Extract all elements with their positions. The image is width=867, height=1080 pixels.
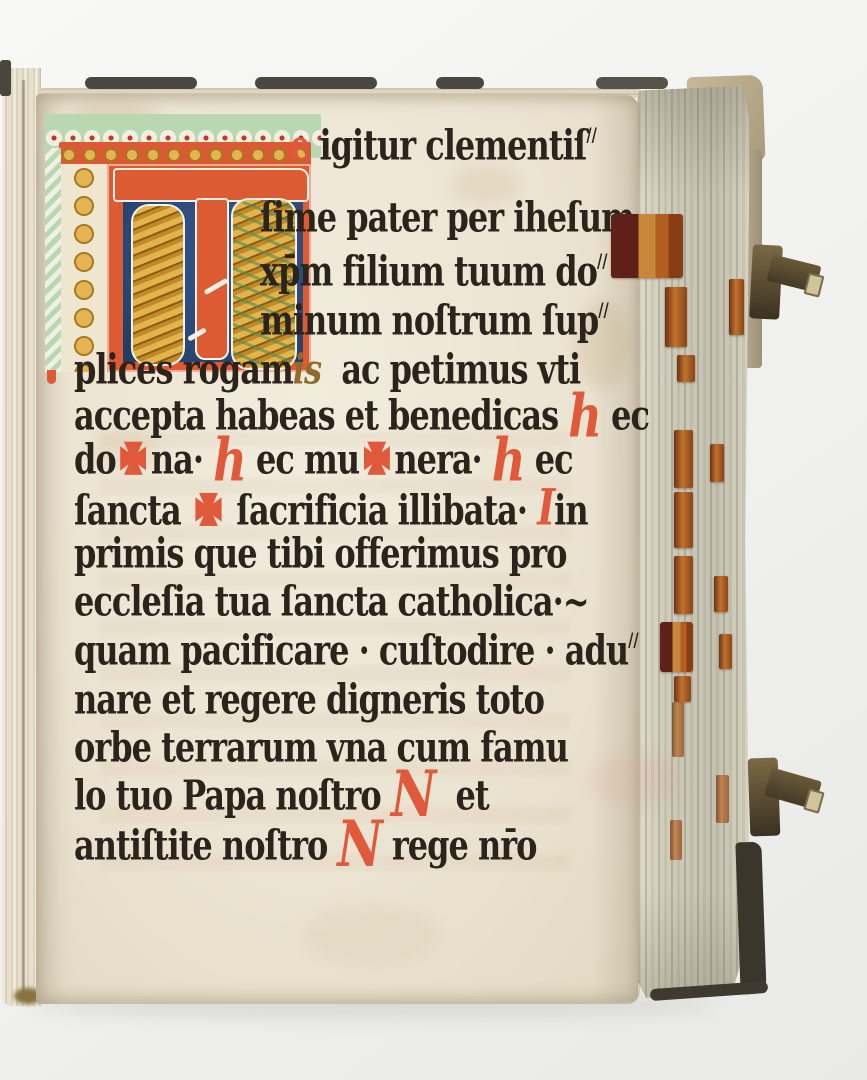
- leather-tab: [674, 492, 693, 548]
- text-segment: orbe terrarum vna cum famu: [74, 723, 568, 772]
- text-segment: ſime pater per iheſum: [260, 193, 634, 242]
- text-line: ſancta ſacrificia illibata· Iin: [74, 485, 588, 534]
- text-segment: do: [74, 435, 116, 484]
- leather-tab: [674, 430, 693, 488]
- text-segment: h: [568, 380, 601, 450]
- text-line: dona· h ec munera· h ec: [74, 439, 573, 480]
- text-line: primis que tibi offerimus pro: [74, 533, 566, 574]
- text-segment: ſancta: [74, 486, 191, 535]
- text-segment: et: [435, 771, 488, 820]
- maltese-cross-icon: [195, 493, 221, 527]
- initial-gold-foliage-column: [61, 164, 109, 372]
- text-segment: ac petimus vti: [321, 345, 580, 394]
- initial-green-zigzag-border: [45, 148, 61, 372]
- text-segment: eccleſia tua ſancta catholica·~: [74, 577, 589, 626]
- text-line: nare et regere digneris toto: [74, 679, 544, 720]
- maltese-cross-icon: [120, 442, 146, 476]
- text-line: ſime pater per iheſum: [260, 197, 634, 238]
- top-cover-edge: [436, 77, 484, 89]
- text-segment: plices rogam: [74, 345, 293, 394]
- leather-tab: [670, 820, 682, 860]
- leather-tab: [714, 576, 728, 612]
- text-segment: ec: [525, 435, 573, 484]
- text-segment: ec mu: [246, 435, 359, 484]
- top-cover-edge: [255, 77, 377, 89]
- text-segment: N: [337, 806, 381, 882]
- text-segment: ec: [601, 391, 649, 440]
- text-line: e igitur clementiſ//: [290, 125, 597, 166]
- leather-tab: [677, 355, 695, 382]
- top-cover-edge: [85, 77, 197, 89]
- text-line: lo tuo Papa noſtro N et: [74, 775, 489, 816]
- text-segment: is: [293, 345, 321, 394]
- text-segment: //: [628, 630, 639, 652]
- initial-feather-column-left: [131, 204, 185, 366]
- leather-tab: [611, 214, 683, 278]
- gutter-line: [22, 80, 25, 996]
- text-line: xp̄m filium tuum do//: [260, 251, 608, 292]
- text-segment: rege nr̄o: [382, 821, 537, 870]
- text-line: minum noſtrum ſup//: [260, 300, 609, 341]
- leather-tab: [665, 287, 687, 347]
- text-segment: e: [290, 121, 309, 170]
- leather-tab: [716, 775, 729, 823]
- text-segment: nera·: [394, 435, 492, 484]
- text-segment: ſacrificia illibata·: [226, 486, 537, 535]
- text-segment: quam pacificare · cuſtodire · adu: [74, 626, 628, 675]
- text-segment: //: [597, 251, 608, 273]
- text-line: orbe terrarum vna cum famu: [74, 727, 568, 768]
- text-segment: antiſtite noſtro: [74, 821, 337, 870]
- text-segment: primis que tibi offerimus pro: [74, 529, 566, 578]
- top-cover-edge: [596, 77, 668, 89]
- text-segment: in: [554, 486, 587, 535]
- leather-tab: [672, 702, 684, 757]
- text-segment: N: [391, 756, 435, 832]
- maltese-cross-icon: [364, 442, 390, 476]
- text-segment: na·: [151, 435, 213, 484]
- text-segment: //: [586, 125, 597, 147]
- bottom-cover-corner: [735, 842, 766, 995]
- text-segment: xp̄m filium tuum do: [260, 247, 597, 296]
- leather-tab: [729, 279, 744, 335]
- initial-red-tick: [47, 370, 56, 384]
- text-line: accepta habeas et benedicas h ec: [74, 395, 649, 436]
- text-line: eccleſia tua ſancta catholica·~: [74, 581, 589, 622]
- text-segment: nare et regere digneris toto: [74, 675, 544, 724]
- left-cover-edge: [0, 60, 11, 96]
- leather-tab: [674, 556, 693, 614]
- leather-tab: [674, 676, 691, 702]
- manuscript-photo: e igitur clementiſ//ſime pater per iheſu…: [0, 0, 867, 1080]
- parchment-stain: [590, 755, 680, 805]
- text-line: plices rogamis ac petimus vti: [74, 349, 580, 390]
- leather-tab: [660, 622, 693, 672]
- text-line: antiſtite noſtro N rege nr̄o: [74, 825, 536, 866]
- text-segment: //: [598, 300, 609, 322]
- text-line: quam pacificare · cuſtodire · adu//: [74, 630, 639, 671]
- text-segment: igitur clementiſ: [309, 121, 586, 170]
- leather-tab: [719, 634, 732, 669]
- leather-tab: [710, 444, 724, 482]
- text-segment: minum noſtrum ſup: [260, 296, 598, 345]
- parchment-stain: [300, 905, 440, 965]
